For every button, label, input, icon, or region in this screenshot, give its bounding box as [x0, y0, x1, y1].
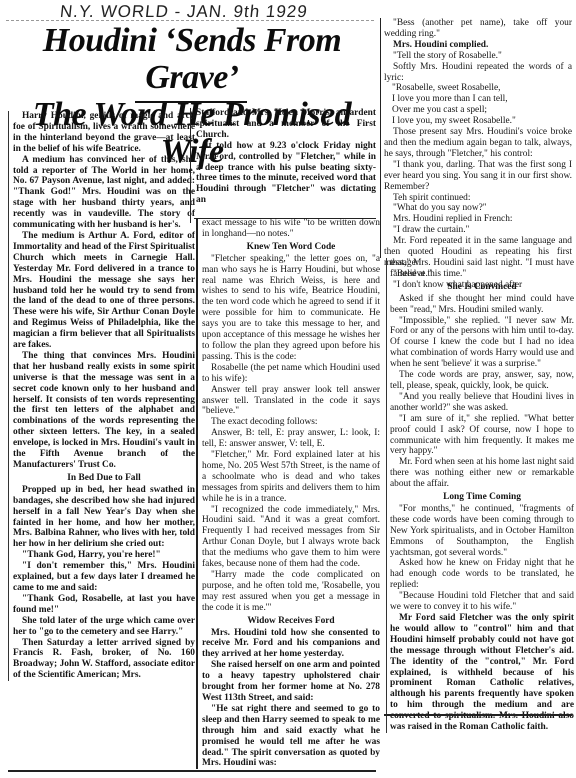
paragraph: Softly Mrs. Houdini repeated the words o…: [384, 62, 572, 84]
lyric-line: "Rosabelle, sweet Rosabelle,: [384, 83, 572, 94]
paragraph: "Thank God, Rosabelle, at last you have …: [13, 594, 195, 616]
subheading: Knew Ten Word Code: [202, 242, 380, 253]
paragraph: "Tell the story of Rosabelle.": [384, 51, 572, 62]
paragraph: Harry Houdini, genius of magic and arch …: [13, 111, 195, 155]
paragraph: "I thank you, darling. That was the firs…: [384, 160, 572, 193]
column-3-end-rule: [384, 714, 572, 716]
paragraph: The thing that convinces Mrs. Houdini th…: [13, 351, 195, 471]
column-2: exact message to his wife "to be written…: [196, 218, 380, 769]
column-divider: [190, 108, 191, 223]
paragraph: "I recognized the code immediately," Mrs…: [202, 505, 380, 570]
paragraph: Mrs. Houdini complied.: [384, 40, 572, 51]
paragraph: Asked if she thought her mind could have…: [390, 294, 574, 316]
paragraph: "What do you say now?": [384, 203, 572, 214]
lyric-line: I love you, my sweet Rosabelle.": [384, 116, 572, 127]
subheading: Widow Receives Ford: [202, 616, 380, 627]
paragraph: Teh spirit continued:: [384, 193, 572, 204]
paragraph: "Bess (another pet name), take off your …: [384, 18, 572, 40]
handwritten-annotation: N.Y. WORLD - JAN. 9th 1929: [59, 2, 321, 22]
headline-rule: [135, 101, 247, 103]
column-2-end-rule: [196, 770, 376, 772]
paragraph: The medium is Arthur A. Ford, editor of …: [13, 231, 195, 351]
paragraph: "Harry made the code complicated on purp…: [202, 570, 380, 614]
paragraph: Mr. Ford when seen at his home last nigh…: [390, 457, 574, 490]
paragraph: exact message to his wife "to be written…: [202, 218, 380, 240]
paragraph: It told how at 9.23 o'clock Friday night…: [196, 141, 376, 206]
paragraph: The exact decoding follows:: [202, 417, 380, 428]
paragraph: Then Saturday a letter arrived signed by…: [13, 638, 195, 682]
subheading: She Is Convinced: [390, 282, 574, 293]
paragraph: Mrs. Houdini told how she consented to r…: [202, 628, 380, 661]
subheading: In Bed Due to Fall: [13, 473, 195, 484]
paragraph: "He sat right there and seemed to go to …: [202, 704, 380, 769]
paragraph: Answer, B: tell, E: pray answer, L: look…: [202, 428, 380, 450]
paragraph: "Impossible," she replied. "I never saw …: [390, 316, 574, 371]
paragraph: She told later of the urge which came ov…: [13, 616, 195, 638]
paragraph: "I don't remember this," Mrs. Houdini ex…: [13, 561, 195, 594]
paragraph: "And you really believe that Houdini liv…: [390, 392, 574, 414]
lyric-line: I love you more than I can tell,: [384, 94, 572, 105]
paragraph: Propped up in bed, her head swathed in b…: [13, 485, 195, 550]
headline-line-1: Houdini ‘Sends From Grave’: [8, 22, 376, 96]
subheading: Long Time Coming: [390, 492, 574, 503]
paragraph: Answer tell pray answer look tell answer…: [202, 385, 380, 418]
paragraph: The code words are pray, answer, say, no…: [390, 370, 574, 392]
paragraph: A medium has convinced her of this, she …: [13, 155, 195, 231]
paragraph: that," Mrs. Houdini said last night. "I …: [390, 258, 574, 280]
paragraph: "I am sure of it," she replied. "What be…: [390, 414, 574, 458]
paragraph: Stafford and Mrs. Helen Morris, an arden…: [196, 108, 376, 141]
paragraph: "I draw the curtain.": [384, 225, 572, 236]
column-divider: [380, 18, 381, 258]
paragraph: "Because Houdini told Fletcher that and …: [390, 591, 574, 613]
paragraph: "Thank God, Harry, you're here!": [13, 550, 195, 561]
lyric-line: Over me you cast a spell;: [384, 105, 572, 116]
paragraph: Those present say Mrs. Houdini's voice b…: [384, 127, 572, 160]
paragraph: Rosabelle (the pet name which Houdini us…: [202, 363, 380, 385]
column-2-top: Stafford and Mrs. Helen Morris, an arden…: [196, 108, 376, 206]
paragraph: She raised herself on one arm and pointe…: [202, 660, 380, 704]
paragraph: "Fletcher speaking," the letter goes on,…: [202, 254, 380, 363]
column-1-end-rule: [8, 770, 196, 772]
paragraph: Asked how he knew on Friday night that h…: [390, 558, 574, 591]
paragraph: "For months," he continued, "fragments o…: [390, 504, 574, 559]
column-1: Harry Houdini, genius of magic and arch …: [8, 111, 195, 681]
column-3-top: "Bess (another pet name), take off your …: [384, 18, 572, 291]
paragraph: "Fletcher," Mr. Ford explained later at …: [202, 450, 380, 505]
column-3: that," Mrs. Houdini said last night. "I …: [386, 258, 574, 733]
paragraph: Mrs. Houdini replied in French:: [384, 214, 572, 225]
clipping-edge: [6, 20, 374, 21]
